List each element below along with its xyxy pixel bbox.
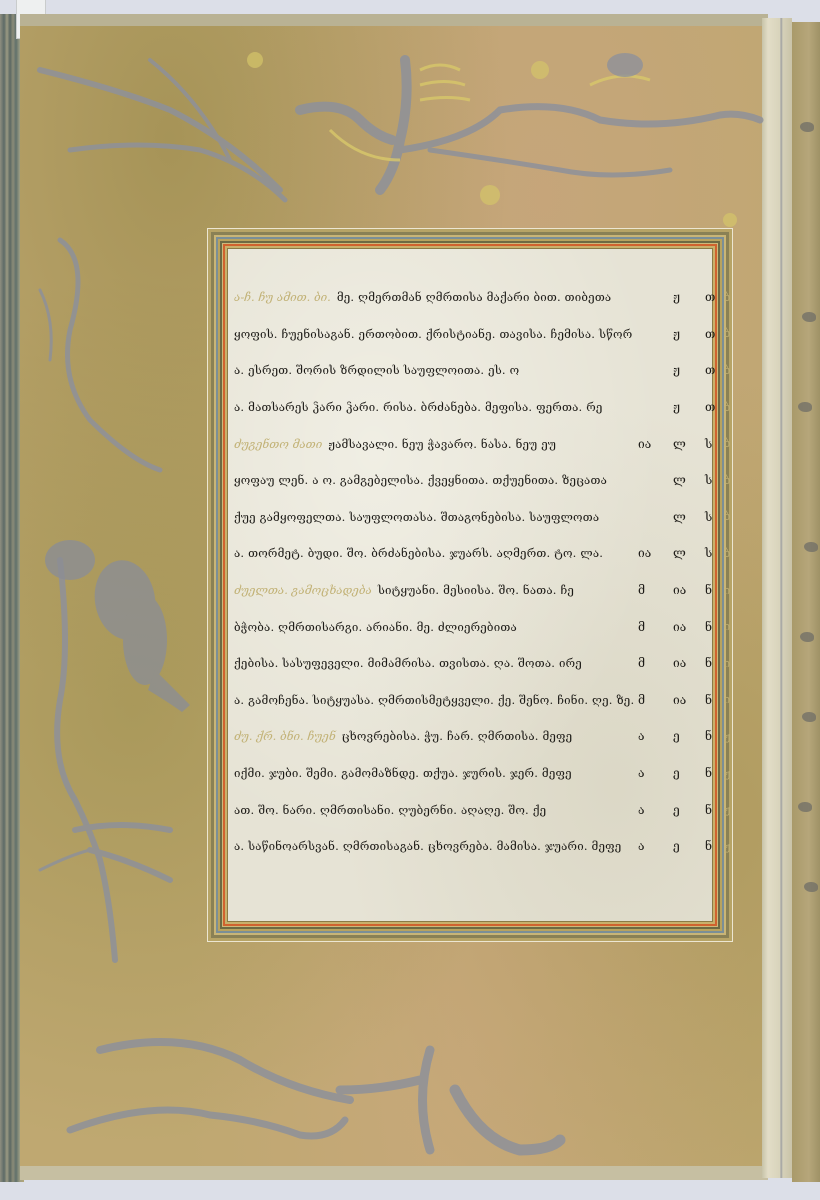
adjacent-leaf <box>792 22 820 1182</box>
text-line: ძუგენთო მათიჟამსავალი. ნეუ ჭავარო. ნასა.… <box>228 425 712 462</box>
text-line: ა. ესრეთ. შორის ზრდილის საუფლოითა. ეს. ო… <box>228 352 712 389</box>
text-lines: ა֊ჩ. ჩუ ამით. ბი.მე. ღმერთმან ღმრთისა მა… <box>228 279 712 865</box>
text-line: ა. საწინოარსვან. ღმრთისაგან. ცხოვრება. მ… <box>228 828 712 865</box>
text-line: ძუ. ქრ. ბნი. ჩუენცხოვრებისა. ჭუ. ჩარ. ღმ… <box>228 718 712 755</box>
binding-fold <box>762 18 792 1178</box>
text-line: ბჭობა. ღმრთისარგი. არიანი. მე. ძლიერებით… <box>228 608 712 645</box>
text-block-frame: ა֊ჩ. ჩუ ამით. ბი.მე. ღმერთმან ღმრთისა მა… <box>207 228 733 942</box>
text-line: ა֊ჩ. ჩუ ამით. ბი.მე. ღმერთმან ღმრთისა მა… <box>228 279 712 316</box>
text-line: ქებისა. სასუფეველი. მიმამრისა. თვისთა. ღ… <box>228 645 712 682</box>
text-line: ძუელთა. გამოცხადებასიტყუანი. მესიისა. შო… <box>228 572 712 609</box>
text-line: იქმი. ჯუბი. შემი. გამომაზნდე. თქუა. ჯური… <box>228 755 712 792</box>
text-panel: ა֊ჩ. ჩუ ამით. ბი.მე. ღმერთმან ღმრთისა მა… <box>227 248 713 922</box>
text-line: ა. გამოჩენა. სიტყუასა. ღმრთისმეტყველი. ქ… <box>228 682 712 719</box>
text-line: ათ. შო. ნარი. ღმრთისანი. ღუბერნი. აღაღე.… <box>228 791 712 828</box>
text-line: ყოფაუ ლენ. ა ო. გამგებელისა. ქვეყნითა. თ… <box>228 462 712 499</box>
manuscript-spread: ა֊ჩ. ჩუ ამით. ბი.მე. ღმერთმან ღმრთისა მა… <box>0 0 820 1200</box>
text-line: ქუე გამყოფელთა. საუფლოთასა. შთაგონებისა.… <box>228 499 712 536</box>
text-line: ყოფის. ჩუენისაგან. ერთობით. ქრისტიანე. თ… <box>228 316 712 353</box>
text-line: ა. მათსარეს ჴარი ჴარი. რისა. ბრძანება. მ… <box>228 389 712 426</box>
text-line: ა. თორმეტ. ბუდი. შო. ბრძანებისა. ჯუარს. … <box>228 535 712 572</box>
